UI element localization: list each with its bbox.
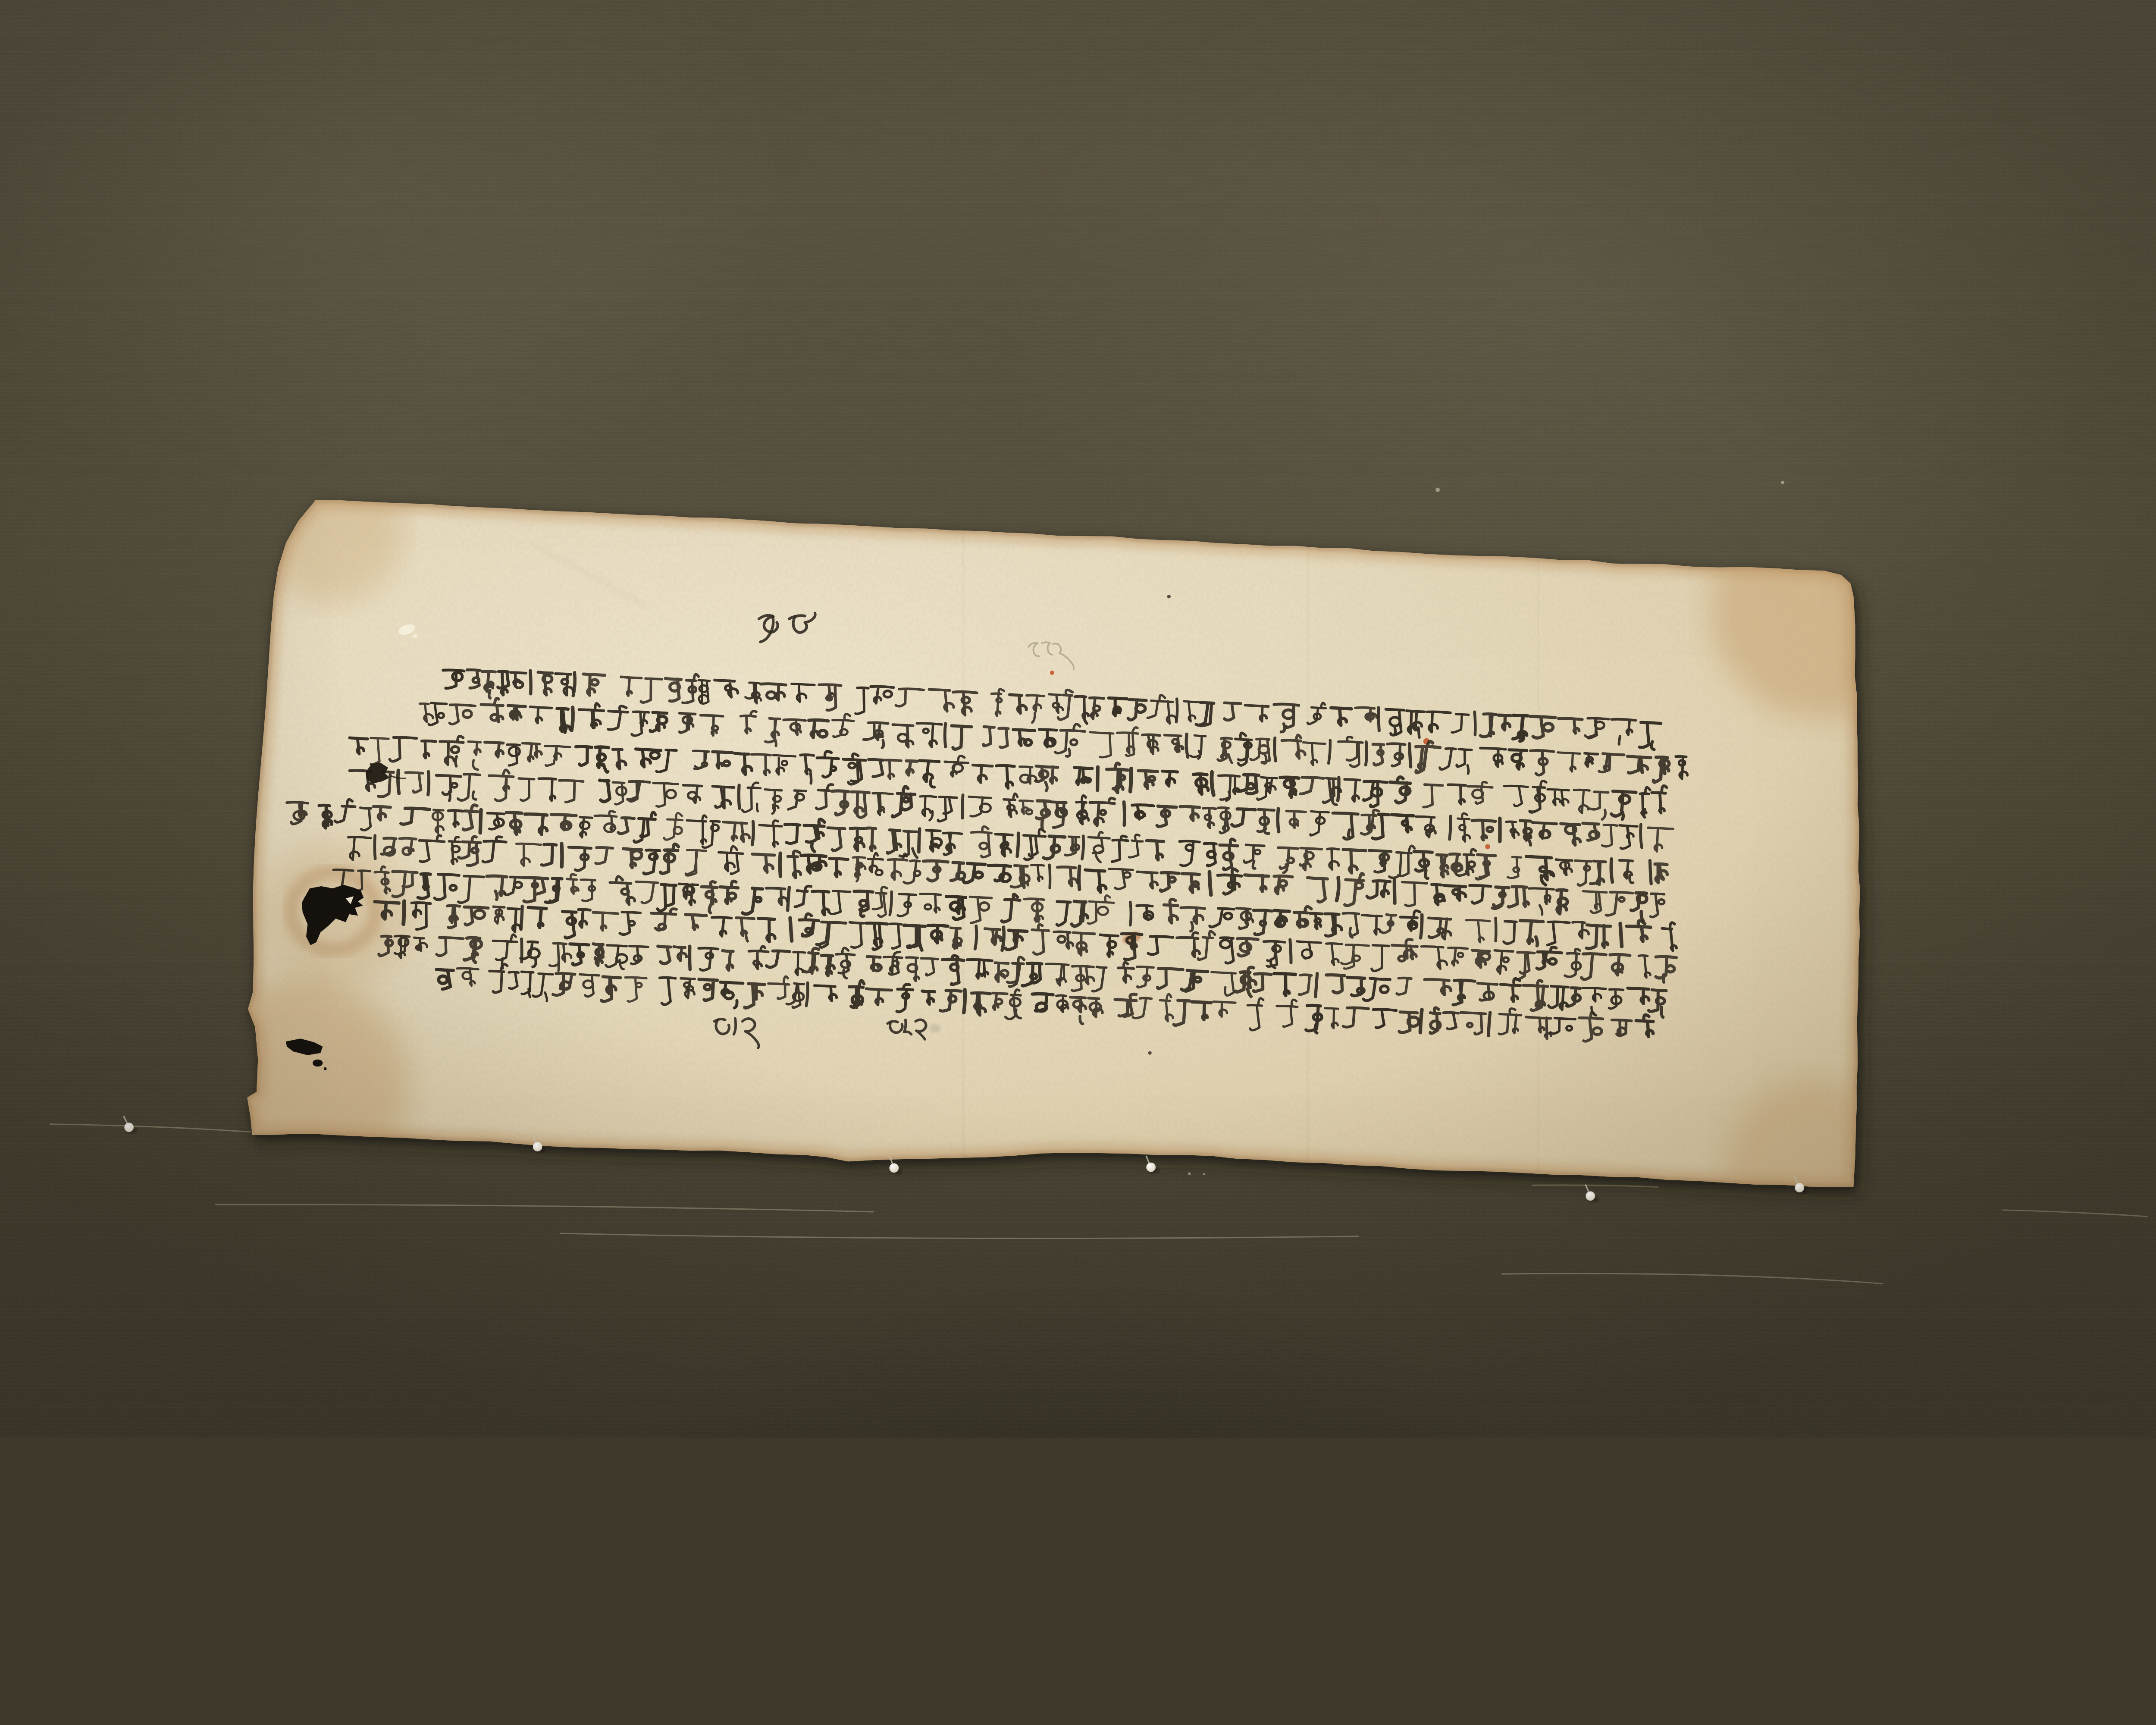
- danda-mark: [480, 810, 481, 833]
- pin-highlight: [1588, 1193, 1590, 1196]
- danda-mark: [1002, 927, 1004, 950]
- danda-mark: [788, 888, 790, 910]
- danda-mark: [1082, 836, 1084, 859]
- danda-mark: [1611, 859, 1612, 882]
- danda-mark: [1337, 878, 1339, 900]
- danda-mark: [1212, 772, 1214, 795]
- ink-speck-2: [1148, 1051, 1152, 1055]
- ink-speck-1: [1167, 595, 1171, 598]
- pin-head: [1586, 1192, 1595, 1201]
- danda-mark: [1176, 699, 1177, 722]
- worm-hole-dot: [313, 1060, 323, 1067]
- pin-highlight: [126, 1125, 129, 1127]
- danda-mark: [1420, 1010, 1422, 1032]
- danda-mark: [689, 946, 690, 969]
- danda-mark: [806, 983, 808, 1006]
- danda-mark: [1210, 872, 1211, 895]
- danda-mark: [919, 829, 920, 852]
- pin-head: [1146, 1163, 1156, 1172]
- danda-mark: [739, 785, 740, 808]
- danda-mark: [428, 772, 429, 794]
- danda-mark: [1278, 809, 1279, 831]
- danda-mark: [561, 844, 562, 866]
- danda-mark: [398, 771, 399, 793]
- danda-mark: [1395, 880, 1395, 903]
- pin-highlight: [1797, 1185, 1799, 1188]
- danda-mark: [1050, 865, 1050, 888]
- danda-mark: [790, 918, 792, 941]
- danda-mark: [573, 673, 575, 696]
- danda-mark: [780, 853, 780, 876]
- pin-head: [124, 1123, 134, 1132]
- mat-speck-2: [1781, 481, 1784, 484]
- danda-mark: [1489, 1013, 1490, 1035]
- photograph: [0, 0, 2156, 1437]
- danda-mark: [752, 822, 754, 844]
- danda-mark: [1275, 738, 1276, 761]
- danda-mark: [1130, 902, 1131, 925]
- mat-speck-4: [1203, 1173, 1205, 1175]
- danda-mark: [530, 671, 531, 693]
- danda-mark: [1290, 940, 1291, 963]
- pin-head: [890, 1164, 899, 1173]
- danda-mark: [572, 707, 573, 730]
- danda-mark: [1186, 734, 1188, 757]
- danda-mark: [1650, 861, 1651, 884]
- danda-mark: [1366, 742, 1366, 765]
- danda-mark: [1124, 802, 1125, 825]
- danda-mark: [964, 990, 965, 1013]
- danda-mark: [1496, 918, 1496, 941]
- danda-mark: [1079, 866, 1079, 889]
- danda-mark: [1641, 825, 1642, 847]
- pin-head: [1795, 1183, 1805, 1192]
- mat-speck-3: [1188, 1172, 1191, 1175]
- white-fleck-small: [412, 634, 418, 638]
- danda-mark: [962, 795, 963, 818]
- rust-spot-3: [1050, 671, 1054, 675]
- danda-mark: [1475, 712, 1476, 735]
- pin-highlight: [891, 1165, 894, 1168]
- manuscript-scene: [0, 0, 2156, 1437]
- mat-speck-1: [1435, 488, 1440, 492]
- danda-mark: [1338, 778, 1339, 800]
- danda-mark: [1130, 768, 1131, 791]
- danda-mark: [521, 906, 522, 929]
- danda-mark: [1410, 744, 1411, 767]
- danda-mark: [1017, 833, 1018, 856]
- pin-head: [533, 1142, 542, 1151]
- danda-mark: [945, 724, 945, 746]
- danda-mark: [1316, 974, 1317, 997]
- danda-mark: [1421, 915, 1422, 938]
- pin-highlight: [535, 1144, 537, 1147]
- danda-mark: [375, 836, 375, 859]
- danda-mark: [1379, 708, 1379, 731]
- pin-highlight: [1148, 1164, 1151, 1167]
- mark-smudge: [929, 1024, 941, 1033]
- danda-mark: [404, 901, 404, 924]
- rust-spot-2: [1485, 844, 1490, 850]
- worm-hole-speck: [324, 1067, 327, 1070]
- danda-mark: [975, 926, 977, 949]
- danda-mark: [1097, 767, 1098, 790]
- danda-mark: [1620, 923, 1622, 946]
- danda-mark: [1450, 816, 1451, 839]
